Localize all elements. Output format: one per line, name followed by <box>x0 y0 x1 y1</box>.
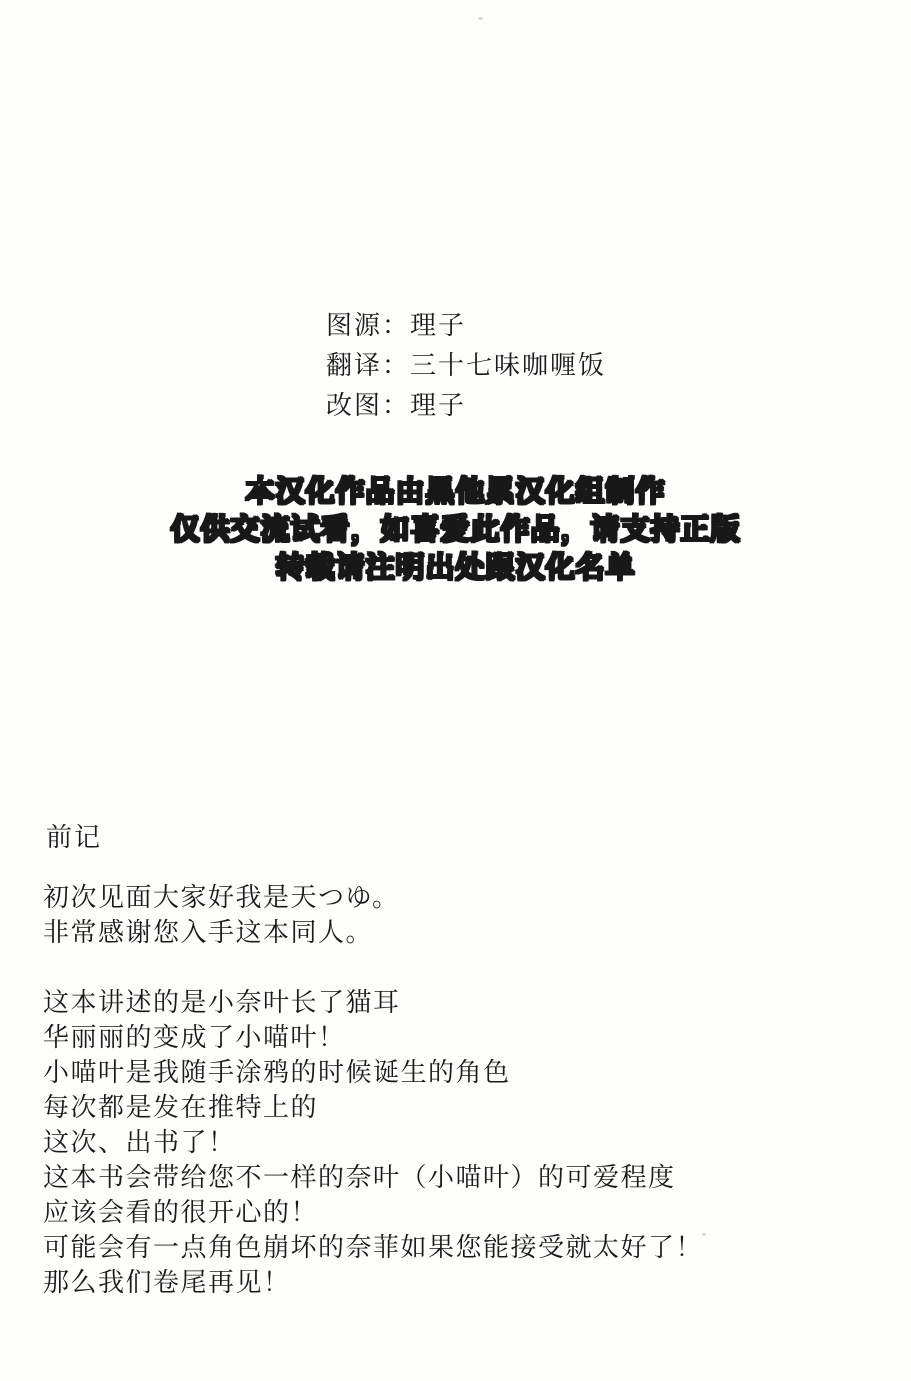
credits-block: 图源：理子 翻译：三十七味咖喱饭 改图：理子 <box>326 306 606 426</box>
notice-line-support-official: 仅供交流试看，如喜爱此作品，请支持正版 <box>0 510 911 548</box>
afterword-text-line: 那么我们卷尾再见！ <box>43 1266 703 1301</box>
afterword-text-line: 这本书会带给您不一样的奈叶（小喵叶）的可爱程度 <box>43 1161 703 1196</box>
credit-line-retouch: 改图：理子 <box>326 386 606 426</box>
afterword-body-paragraph: 这本讲述的是小奈叶长了猫耳 华丽丽的变成了小喵叶！ 小喵叶是我随手涂鸦的时候诞生… <box>43 986 703 1301</box>
credit-line-translator: 翻译：三十七味咖喱饭 <box>326 346 606 386</box>
notice-line-production: 本汉化作品由黑他累汉化组制作 <box>0 472 911 510</box>
afterword-text-line: 华丽丽的变成了小喵叶！ <box>43 1021 703 1056</box>
afterword-text-line: 可能会有一点角色崩坏的奈菲如果您能接受就太好了！ <box>43 1231 703 1266</box>
notice-line-repost-credit: 转载请注明出处跟汉化名单 <box>0 548 911 586</box>
afterword-text-line: 初次见面大家好我是天つゆ。 <box>43 881 399 916</box>
afterword-text-line: 这本讲述的是小奈叶长了猫耳 <box>43 986 703 1021</box>
afterword-text-line: 应该会看的很开心的！ <box>43 1196 703 1231</box>
afterword-intro-paragraph: 初次见面大家好我是天つゆ。 非常感谢您入手这本同人。 <box>43 881 399 951</box>
scanned-afterword-page: 图源：理子 翻译：三十七味咖喱饭 改图：理子 本汉化作品由黑他累汉化组制作 仅供… <box>0 0 911 1381</box>
translation-group-notice: 本汉化作品由黑他累汉化组制作 仅供交流试看，如喜爱此作品，请支持正版 转载请注明… <box>0 472 911 586</box>
afterword-text-line: 这次、出书了！ <box>43 1126 703 1161</box>
credit-line-image-source: 图源：理子 <box>326 306 606 346</box>
afterword-text-line: 每次都是发在推特上的 <box>43 1091 703 1126</box>
scan-speck <box>478 17 483 20</box>
afterword-text-line: 小喵叶是我随手涂鸦的时候诞生的角色 <box>43 1056 703 1091</box>
afterword-heading: 前记 <box>46 817 102 854</box>
afterword-text-line: 非常感谢您入手这本同人。 <box>43 916 399 951</box>
